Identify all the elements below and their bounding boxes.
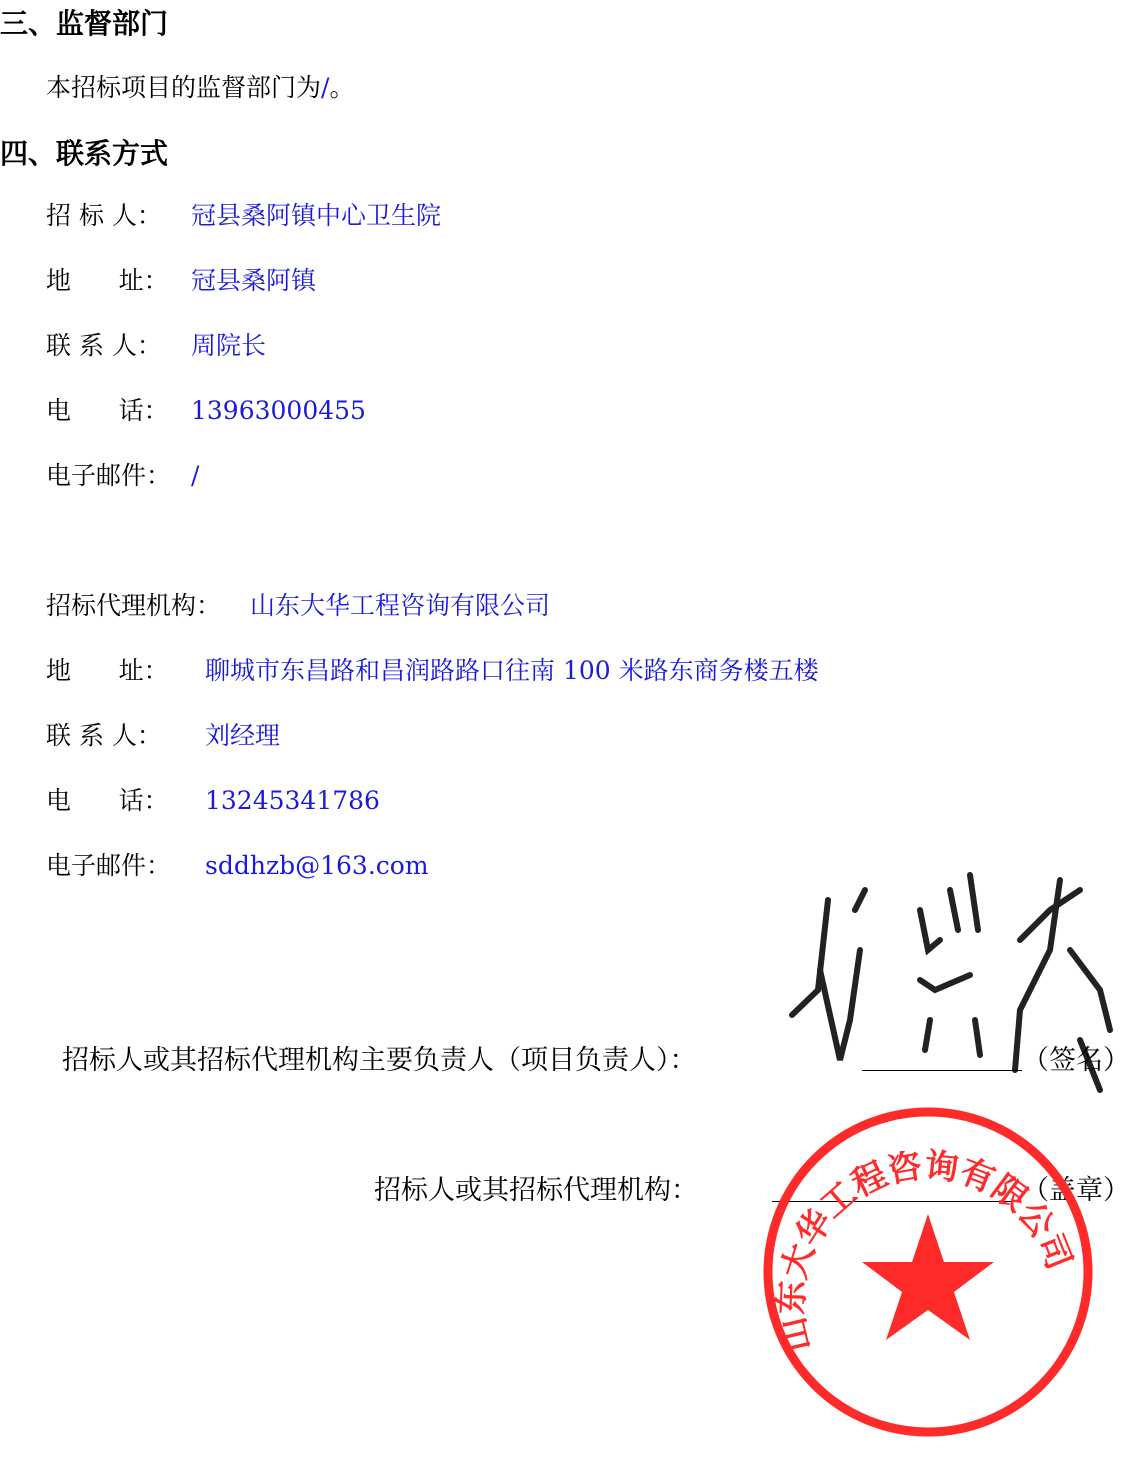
field-value: 冠县桑阿镇中心卫生院 xyxy=(191,201,441,230)
agency-address-row: 地 址：聊城市东昌路和昌润路路口往南 100 米路东商务楼五楼 xyxy=(46,651,819,687)
field-value: 13963000455 xyxy=(191,396,366,425)
tenderer-phone-row: 电 话：13963000455 xyxy=(46,391,366,427)
section-heading-contact: 四、联系方式 xyxy=(0,132,168,172)
tenderer-contact-row: 联 系 人：周院长 xyxy=(46,326,266,362)
field-label: 地 址： xyxy=(46,261,191,297)
field-value: 聊城市东昌路和昌润路路口往南 100 米路东商务楼五楼 xyxy=(205,656,819,685)
tenderer-email-row: 电子邮件：/ xyxy=(46,456,199,492)
field-label: 招标代理机构： xyxy=(46,586,250,622)
agency-name-row: 招标代理机构：山东大华工程咨询有限公司 xyxy=(46,586,550,622)
agency-contact-row: 联 系 人：刘经理 xyxy=(46,716,280,752)
seal-label: 招标人或其招标代理机构： xyxy=(374,1168,698,1207)
supervision-prefix: 本招标项目的监督部门为 xyxy=(46,73,321,102)
field-value: 刘经理 xyxy=(205,721,280,750)
field-value: / xyxy=(191,461,199,490)
field-value: 13245341786 xyxy=(205,786,380,815)
tenderer-address-row: 地 址：冠县桑阿镇 xyxy=(46,261,316,297)
agency-email-row: 电子邮件：sddhzb@163.com xyxy=(46,846,429,882)
signature-line xyxy=(862,1070,1022,1071)
responsible-signature-row: 招标人或其招标代理机构主要负责人（项目负责人）： xyxy=(62,1038,697,1077)
field-value: 山东大华工程咨询有限公司 xyxy=(250,591,550,620)
section-heading-supervision: 三、监督部门 xyxy=(0,2,168,42)
field-label: 招 标 人： xyxy=(46,196,191,232)
field-label: 电子邮件： xyxy=(46,456,191,492)
agency-phone-row: 电 话：13245341786 xyxy=(46,781,380,817)
sign-suffix: （签名） xyxy=(1022,1038,1130,1077)
field-value: sddhzb@163.com xyxy=(205,851,429,880)
company-stamp-icon: 山东大华工程咨询有限公司 xyxy=(758,1102,1098,1442)
tenderer-name-row: 招 标 人：冠县桑阿镇中心卫生院 xyxy=(46,196,441,232)
responsible-label: 招标人或其招标代理机构主要负责人（项目负责人）： xyxy=(62,1045,697,1076)
field-label: 联 系 人： xyxy=(46,716,205,752)
supervision-text: 本招标项目的监督部门为/。 xyxy=(46,68,354,104)
field-label: 电 话： xyxy=(46,391,191,427)
supervision-suffix: 。 xyxy=(329,73,354,102)
field-label: 联 系 人： xyxy=(46,326,191,362)
field-value: 冠县桑阿镇 xyxy=(191,266,316,295)
field-value: 周院长 xyxy=(191,331,266,360)
field-label: 地 址： xyxy=(46,651,205,687)
field-label: 电 话： xyxy=(46,781,205,817)
field-label: 电子邮件： xyxy=(46,846,205,882)
